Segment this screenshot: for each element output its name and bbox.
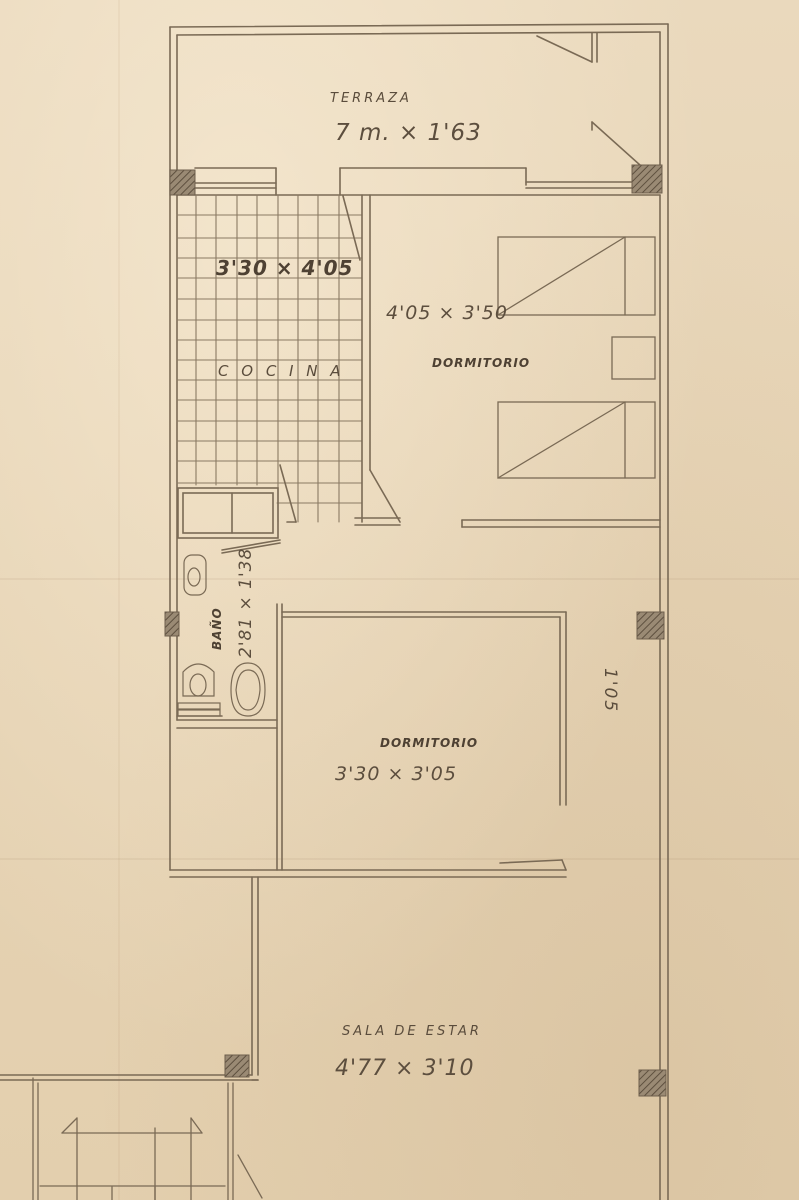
room-name-dormitorio-2: DORMITORIO bbox=[380, 736, 478, 750]
floor-plan-drawing bbox=[0, 0, 799, 1200]
interior-walls bbox=[0, 195, 660, 1080]
room-dimensions-sala-de-estar: 4'77 × 3'10 bbox=[335, 1056, 475, 1081]
room-name-terraza: TERRAZA bbox=[330, 91, 412, 106]
nightstand bbox=[612, 337, 655, 379]
stairwell bbox=[33, 1078, 262, 1200]
cocina-tile-grid bbox=[177, 195, 362, 522]
terraza-walls bbox=[177, 33, 660, 195]
bed-1 bbox=[498, 237, 655, 315]
room-name-bano: BAÑO bbox=[210, 607, 224, 650]
room-dimensions-terraza: 7 m. × 1'63 bbox=[335, 120, 482, 146]
room-name-sala-de-estar: SALA DE ESTAR bbox=[342, 1024, 482, 1039]
room-dimensions-dormitorio-2: 3'30 × 3'05 bbox=[335, 763, 457, 785]
room-dimensions-dormitorio-1: 4'05 × 3'50 bbox=[386, 302, 508, 324]
corridor-width-annotation: 1'05 bbox=[600, 668, 620, 713]
room-name-cocina: C O C I N A bbox=[218, 362, 345, 380]
room-name-dormitorio-1: DORMITORIO bbox=[432, 356, 530, 370]
room-dimensions-bano: 2'81 × 1'38 bbox=[236, 548, 256, 658]
room-dimensions-cocina: 3'30 × 4'05 bbox=[216, 256, 353, 280]
bed-2 bbox=[498, 402, 655, 478]
